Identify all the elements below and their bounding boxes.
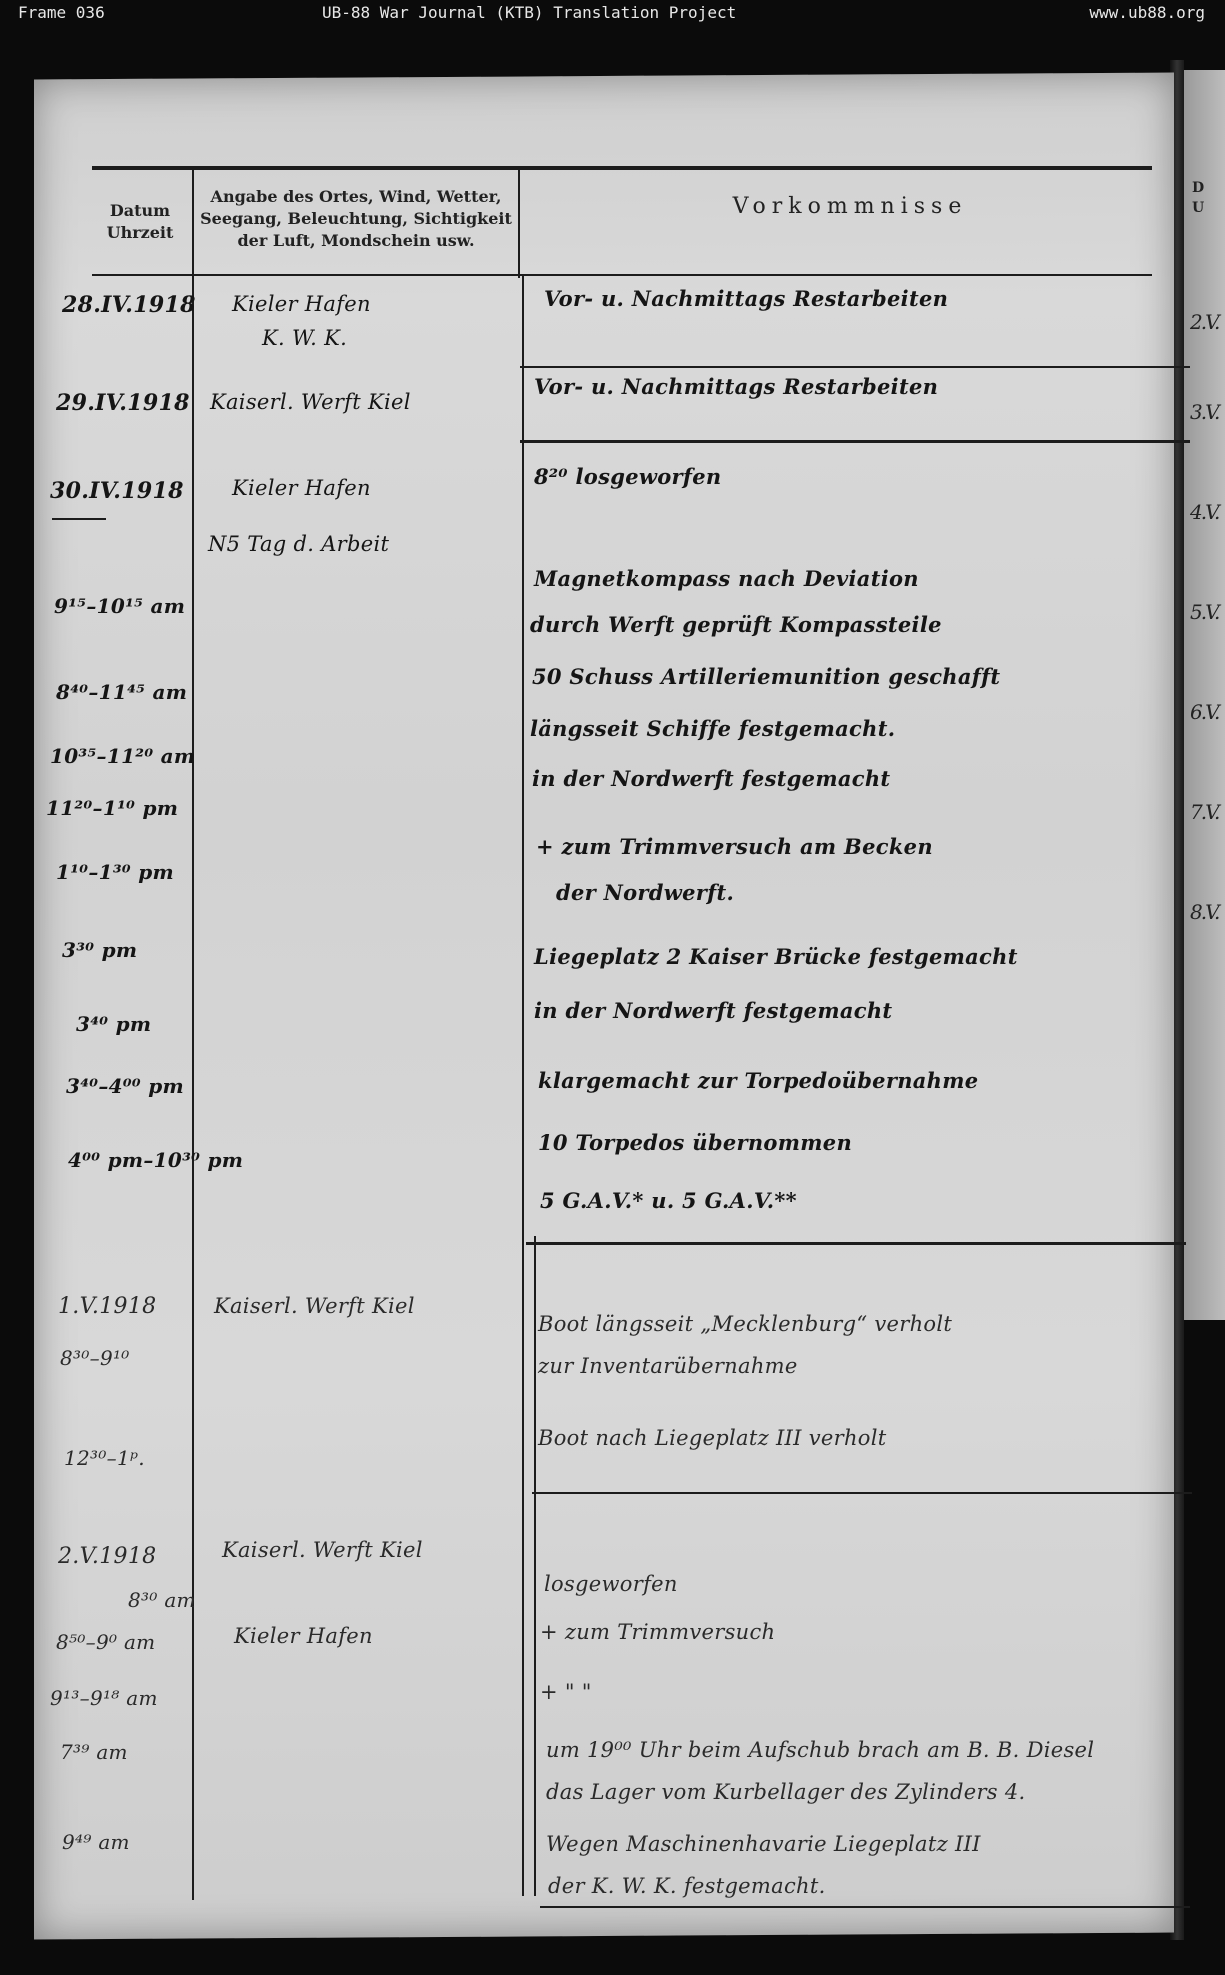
next-page-mark: 7.V. — [1190, 800, 1218, 824]
entry-time: 3³⁰ pm — [62, 938, 137, 962]
next-page-header: D U — [1192, 178, 1204, 218]
entry-time: 8³⁰ am — [128, 1588, 196, 1612]
table-top-rule — [92, 166, 1152, 170]
column-header-date-time: Datum Uhrzeit — [92, 200, 188, 244]
entry-event: + " " — [540, 1680, 592, 1704]
entry-time: 9⁴⁹ am — [62, 1830, 130, 1854]
column-header-place-weather: Angabe des Ortes, Wind, Wetter, Seegang,… — [196, 186, 516, 252]
entry-event: Magnetkompass nach Deviation — [534, 566, 919, 591]
entry-event: 50 Schuss Artilleriemunition geschafft — [532, 664, 1000, 689]
entry-time: 9¹³–9¹⁸ am — [50, 1686, 158, 1710]
entry-place: Kaiserl. Werft Kiel — [214, 1294, 415, 1318]
entry-event: der Nordwerft. — [556, 880, 734, 905]
next-page-mark: 8.V. — [1190, 900, 1218, 924]
entry-event: + zum Trimmversuch — [540, 1620, 775, 1644]
events-left-rule — [534, 1236, 536, 1896]
entry-divider-3 — [526, 1242, 1186, 1245]
entry-place: Kieler Hafen — [232, 476, 371, 500]
entry-time: 11²⁰–1¹⁰ pm — [46, 796, 178, 820]
entry-event: 10 Torpedos übernommen — [538, 1130, 852, 1155]
entry-date: 29.IV.1918 — [56, 390, 190, 416]
frame-number: Frame 036 — [18, 3, 105, 22]
entry-event: klargemacht zur Torpedoübernahme — [538, 1068, 978, 1093]
entry-event: Vor- u. Nachmittags Restarbeiten — [544, 286, 948, 311]
project-title: UB-88 War Journal (KTB) Translation Proj… — [322, 3, 736, 22]
entry-event: Wegen Maschinenhavarie Liegeplatz III — [546, 1832, 981, 1856]
entry-event: durch Werft geprüft Kompassteile — [530, 612, 942, 637]
entry-event: 5 G.A.V.* u. 5 G.A.V.** — [540, 1188, 797, 1213]
column-header-events: Vorkommnisse — [520, 196, 1180, 218]
entry-event: Boot längsseit „Mecklenburg“ verholt — [538, 1312, 952, 1336]
next-page-mark: 2.V. — [1190, 310, 1218, 334]
place-column-divider-header — [518, 170, 520, 278]
entry-place: Kieler Hafen — [232, 292, 371, 316]
entry-event: das Lager vom Kurbellager des Zylinders … — [546, 1780, 1026, 1804]
entry-place: N5 Tag d. Arbeit — [208, 532, 389, 556]
entry-divider-1 — [520, 366, 1190, 368]
entry-time: 12³⁰–1ᵖ. — [64, 1446, 145, 1470]
entry-place: Kaiserl. Werft Kiel — [210, 390, 411, 414]
entry-date: 28.IV.1918 — [62, 292, 196, 318]
entry-place: Kieler Hafen — [234, 1624, 373, 1648]
entry-time: 1¹⁰–1³⁰ pm — [56, 860, 174, 884]
entry-date: 2.V.1918 — [58, 1544, 156, 1569]
entry-event: in der Nordwerft festgemacht — [534, 998, 892, 1023]
entry-event: in der Nordwerft festgemacht — [532, 766, 890, 791]
next-page-mark: 5.V. — [1190, 600, 1218, 624]
entry-divider-2 — [520, 440, 1190, 443]
next-page-mark: 6.V. — [1190, 700, 1218, 724]
entry-place: K. W. K. — [262, 326, 347, 350]
date-column-divider — [192, 170, 194, 1900]
entry-time: 3⁴⁰ pm — [76, 1012, 151, 1036]
entry-event: der K. W. K. festgemacht. — [548, 1874, 826, 1898]
entry-event: um 19⁰⁰ Uhr beim Aufschub brach am B. B.… — [546, 1738, 1094, 1762]
entry-event: zur Inventarübernahme — [538, 1354, 798, 1378]
entry-time: 9¹⁵–10¹⁵ am — [54, 594, 185, 618]
entry-date: 30.IV.1918 — [50, 478, 184, 504]
website-link[interactable]: www.ub88.org — [1089, 3, 1205, 22]
entry-event: 8²⁰ losgeworfen — [534, 464, 721, 489]
entry-time: 4⁰⁰ pm–10³⁰ pm — [68, 1148, 243, 1172]
entry-event: längsseit Schiffe festgemacht. — [530, 716, 895, 741]
entry-time: 3⁴⁰–4⁰⁰ pm — [66, 1074, 184, 1098]
top-caption-bar: Frame 036 UB-88 War Journal (KTB) Transl… — [0, 0, 1225, 28]
entry-event: + zum Trimmversuch am Becken — [536, 834, 933, 859]
next-page-mark: 3.V. — [1190, 400, 1218, 424]
entry-time: 7³⁹ am — [60, 1740, 128, 1764]
entry-event: losgeworfen — [544, 1572, 678, 1596]
entry-divider-4 — [532, 1492, 1192, 1494]
entry-time: 10³⁵–11²⁰ am — [50, 744, 195, 768]
entry-time: 8⁴⁰–11⁴⁵ am — [56, 680, 187, 704]
entry-date: 1.V.1918 — [58, 1294, 156, 1319]
table-bottom-rule — [540, 1906, 1190, 1908]
next-page-fragment: D U 2.V. 3.V. 4.V. 5.V. 6.V. 7.V. 8.V. — [1184, 70, 1225, 1320]
date-underline — [52, 518, 106, 520]
entry-place: Kaiserl. Werft Kiel — [222, 1538, 423, 1562]
entry-time: 8⁵⁰–9⁰ am — [56, 1630, 155, 1654]
entry-event: Vor- u. Nachmittags Restarbeiten — [534, 374, 938, 399]
entry-event: Boot nach Liegeplatz III verholt — [538, 1426, 886, 1450]
entry-event: Liegeplatz 2 Kaiser Brücke festgemacht — [534, 944, 1018, 969]
entry-time: 8³⁰–9¹⁰ — [60, 1346, 130, 1370]
next-page-mark: 4.V. — [1190, 500, 1218, 524]
place-column-divider — [522, 276, 524, 1896]
header-bottom-rule — [92, 274, 1152, 276]
